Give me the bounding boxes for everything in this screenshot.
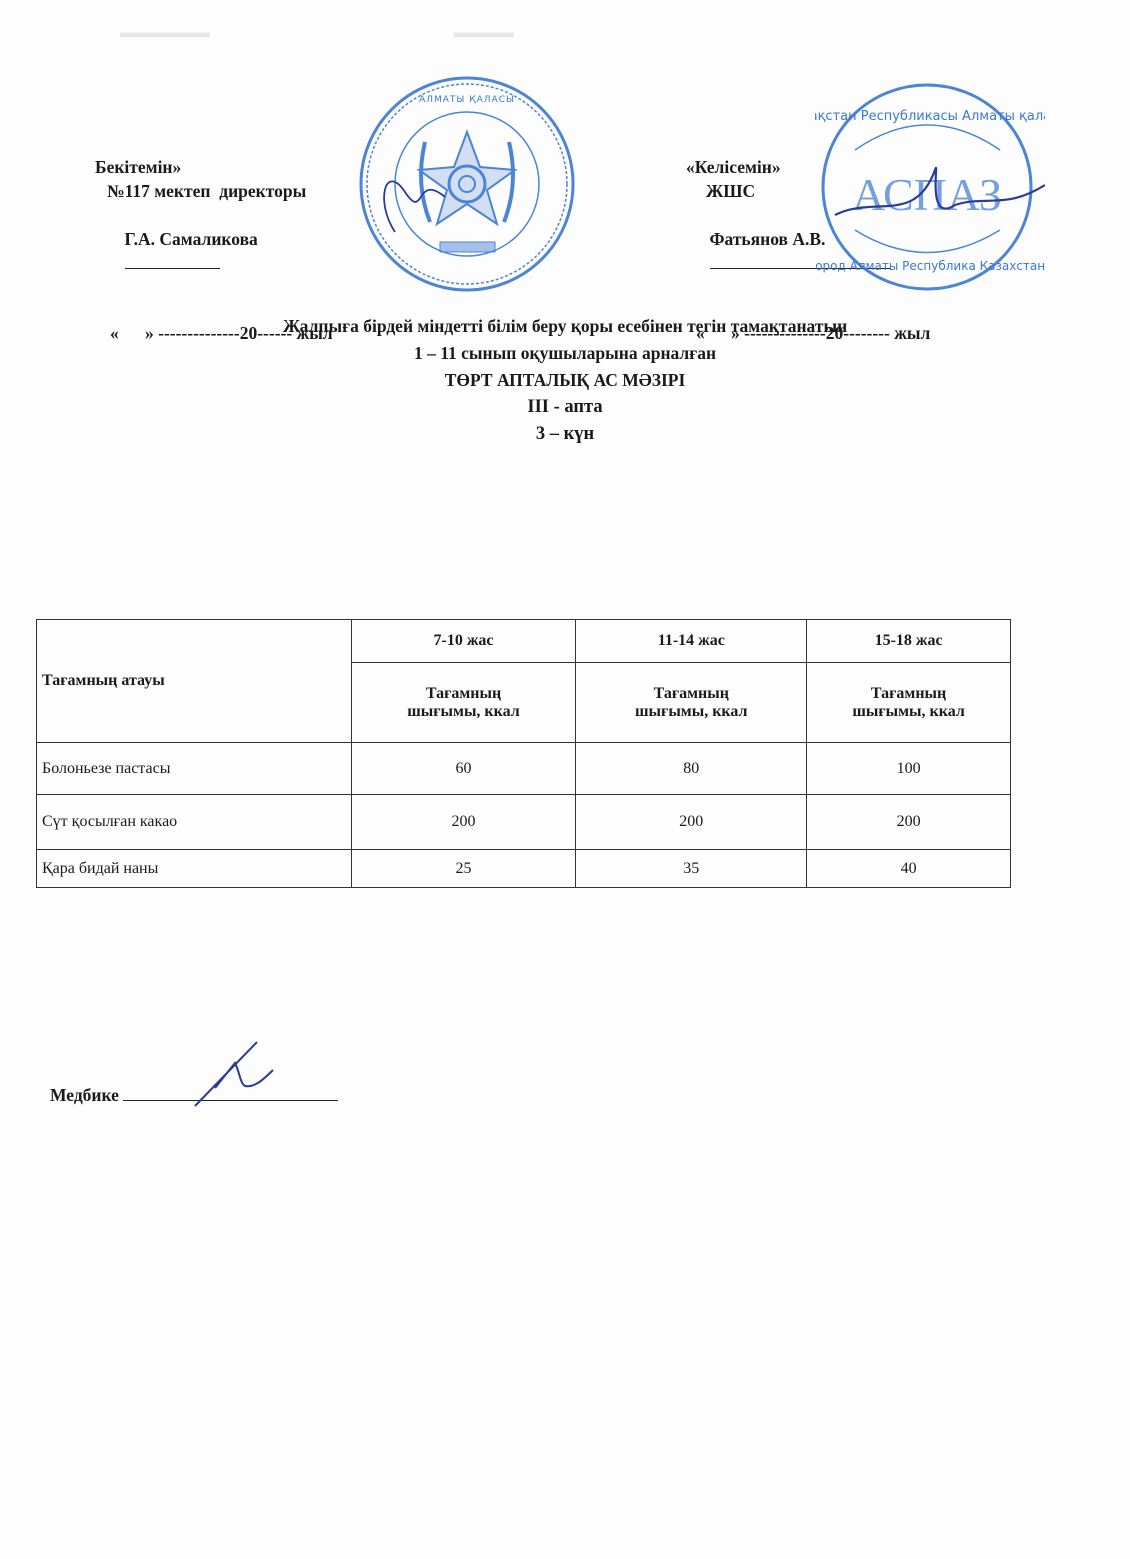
kcal-value: 25 (351, 850, 576, 888)
column-header-age-group: 11-14 жас (576, 620, 807, 663)
approval-heading: Бекітемін» (95, 155, 333, 179)
column-header-age-group: 15-18 жас (807, 620, 1011, 663)
menu-table: Тағамның атауы 7-10 жас 11-14 жас 15-18 … (36, 619, 1011, 888)
kcal-value: 200 (351, 795, 576, 850)
bleed-through-text: ▬▬▬▬▬▬ ▬▬▬▬ (120, 25, 514, 42)
svg-text:АЛМАТЫ ҚАЛАСЫ: АЛМАТЫ ҚАЛАСЫ (419, 95, 515, 105)
document-title: Жалпыға бірдей міндетті білім беру қоры … (0, 313, 1130, 448)
column-subheader-yield: Тағамныңшығымы, ккал (807, 663, 1011, 743)
nurse-label: Медбике (50, 1085, 119, 1105)
approval-name: Г.А. Самаликова (125, 229, 258, 249)
column-subheader-yield: Тағамныңшығымы, ккал (351, 663, 576, 743)
nurse-signature-icon (185, 1038, 285, 1108)
dish-name: Сүт қосылған какао (37, 795, 352, 850)
approval-name: Фатьянов А.В. (710, 229, 826, 249)
company-seal-stamp-icon: Қазақстан Республикасы Алматы қаласы АСП… (815, 75, 1045, 295)
kcal-value: 200 (807, 795, 1011, 850)
kcal-value: 35 (576, 850, 807, 888)
approval-position: №117 мектеп директоры (95, 179, 333, 203)
dish-name: Қара бидай наны (37, 850, 352, 888)
svg-text:город Алматы Республика Казахс: город Алматы Республика Казахстан (815, 259, 1045, 273)
column-header-age-group: 7-10 жас (351, 620, 576, 663)
table-row: Сүт қосылған какао 200 200 200 (37, 795, 1011, 850)
column-subheader-yield: Тағамныңшығымы, ккал (576, 663, 807, 743)
signature-line (125, 268, 220, 269)
title-day: 3 – күн (0, 421, 1130, 448)
table-row: Болоньезе пастасы 60 80 100 (37, 743, 1011, 795)
kcal-value: 100 (807, 743, 1011, 795)
title-line-3: ТӨРТ АПТАЛЫҚ АС МӘЗІРІ (0, 367, 1130, 394)
table-row: Қара бидай наны 25 35 40 (37, 850, 1011, 888)
svg-text:Қазақстан Республикасы Алматы: Қазақстан Республикасы Алматы қаласы (815, 109, 1045, 124)
table-header-row: Тағамның атауы 7-10 жас 11-14 жас 15-18 … (37, 620, 1011, 663)
column-header-name: Тағамның атауы (37, 620, 352, 743)
title-line-2: 1 – 11 сынып оқушыларына арналған (0, 340, 1130, 367)
school-seal-stamp-icon: АЛМАТЫ ҚАЛАСЫ (355, 72, 580, 297)
svg-text:АСПАЗ: АСПАЗ (852, 169, 1002, 220)
kcal-value: 200 (576, 795, 807, 850)
kcal-value: 80 (576, 743, 807, 795)
title-line-1: Жалпыға бірдей міндетті білім беру қоры … (0, 313, 1130, 340)
dish-name: Болоньезе пастасы (37, 743, 352, 795)
kcal-value: 40 (807, 850, 1011, 888)
kcal-value: 60 (351, 743, 576, 795)
title-week: ІІІ - апта (0, 394, 1130, 421)
